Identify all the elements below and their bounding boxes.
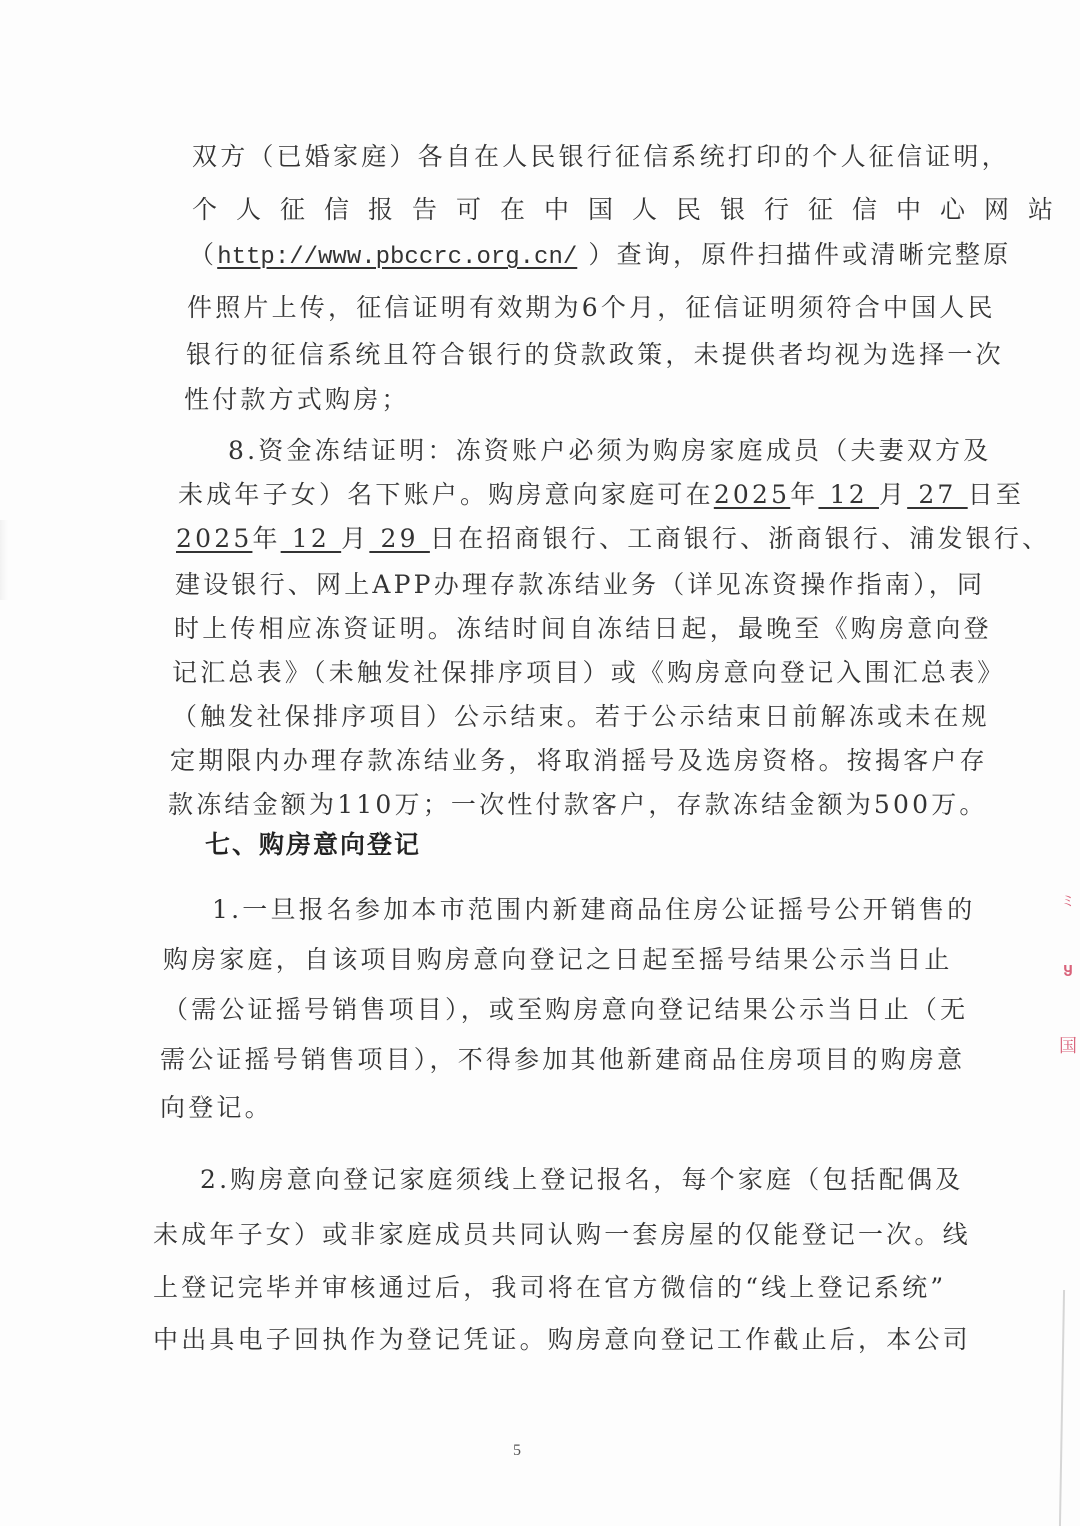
- freeze-start-year: 2025: [714, 480, 790, 509]
- text-line: 个人征信报告可在中国人民银行征信中心网站: [192, 195, 1072, 225]
- text-line: 8.资金冻结证明：冻资账户必须为购房家庭成员（夫妻双方及: [228, 436, 991, 466]
- text-line: 中出具电子回执作为登记凭证。购房意向登记工作截止后，本公司: [153, 1325, 971, 1355]
- text-line: 未成年子女）或非家庭成员共同认购一套房屋的仅能登记一次。线: [153, 1220, 971, 1250]
- freeze-end-month: 12: [281, 524, 342, 553]
- document-page: 双方（已婚家庭）各自在人民银行征信系统打印的个人征信证明， 个人征信报告可在中国…: [0, 0, 1080, 1526]
- text-line: 建设银行、网上APP办理存款冻结业务（详见冻资操作指南），同: [175, 570, 985, 600]
- seal-fragment-icon: 国: [1058, 1040, 1078, 1054]
- text-line: 定期限内办理存款冻结业务，将取消摇号及选房资格。按揭客户存: [170, 746, 988, 776]
- text-line: 件照片上传，征信证明有效期为6个月，征信证明须符合中国人民: [187, 293, 996, 323]
- seal-fragment-icon: ミ: [1058, 895, 1078, 909]
- text-fragment: 未成年子女）名下账户。购房意向家庭可在: [178, 480, 714, 509]
- text-fragment: 月: [341, 524, 369, 553]
- text-line: （http://www.pbccrc.org.cn/ ）查询，原件扫描件或清晰完…: [189, 240, 1011, 273]
- paren-open: （: [189, 240, 217, 269]
- pbccrc-url-link[interactable]: http://www.pbccrc.org.cn/: [217, 244, 577, 271]
- text-fragment: 日至: [968, 480, 1024, 509]
- text-line: 2025年 12 月 29 日在招商银行、工商银行、浙商银行、浦发银行、: [176, 524, 1050, 554]
- text-line: 双方（已婚家庭）各自在人民银行征信系统打印的个人征信证明，: [192, 142, 1010, 172]
- text-line: 需公证摇号销售项目），不得参加其他新建商品住房项目的购房意: [160, 1045, 965, 1075]
- text-line: 性付款方式购房；: [184, 385, 410, 415]
- text-line: 款冻结金额为110万；一次性付款客户，存款冻结金额为500万。: [168, 790, 988, 820]
- seal-fragment-icon: Ⴘ: [1058, 965, 1078, 979]
- freeze-end-year: 2025: [176, 524, 252, 553]
- text-line: （需公证摇号销售项目），或至购房意向登记结果公示当日止（无: [163, 995, 968, 1025]
- text-line: 向登记。: [160, 1093, 273, 1123]
- freeze-end-day: 29: [369, 524, 430, 553]
- text-fragment: 日在招商银行、工商银行、浙商银行、浦发银行、: [430, 524, 1050, 553]
- scan-edge-line: [1059, 1290, 1065, 1526]
- text-line: 购房家庭，自该项目购房意向登记之日起至摇号结果公示当日止: [163, 945, 953, 975]
- text-line: 记汇总表》（未触发社保排序项目）或《购房意向登记入围汇总表》: [172, 658, 1006, 688]
- text-line: 银行的征信系统且符合银行的贷款政策，未提供者均视为选择一次: [186, 340, 1004, 370]
- text-line: （触发社保排序项目）公示结束。若于公示结束日前解冻或未在规: [172, 702, 990, 732]
- text-fragment: 年: [252, 524, 280, 553]
- text-fragment: ）查询，原件扫描件或清晰完整原: [577, 240, 1011, 269]
- text-line: 未成年子女）名下账户。购房意向家庭可在2025年 12 月 27 日至: [178, 480, 1024, 510]
- section-heading: 七、购房意向登记: [205, 830, 421, 860]
- freeze-start-month: 12: [818, 480, 879, 509]
- text-line: 1.一旦报名参加本市范围内新建商品住房公证摇号公开销售的: [212, 895, 975, 925]
- text-line: 2.购房意向登记家庭须线上登记报名，每个家庭（包括配偶及: [200, 1165, 963, 1195]
- page-number: 5: [513, 1442, 521, 1460]
- text-line: 时上传相应冻资证明。冻结时间自冻结日起，最晚至《购房意向登: [174, 614, 992, 644]
- scan-edge-shadow: [0, 520, 8, 600]
- freeze-start-day: 27: [907, 480, 968, 509]
- text-line: 上登记完毕并审核通过后，我司将在官方微信的“线上登记系统”: [153, 1273, 946, 1303]
- text-fragment: 月: [879, 480, 907, 509]
- text-fragment: 年: [790, 480, 818, 509]
